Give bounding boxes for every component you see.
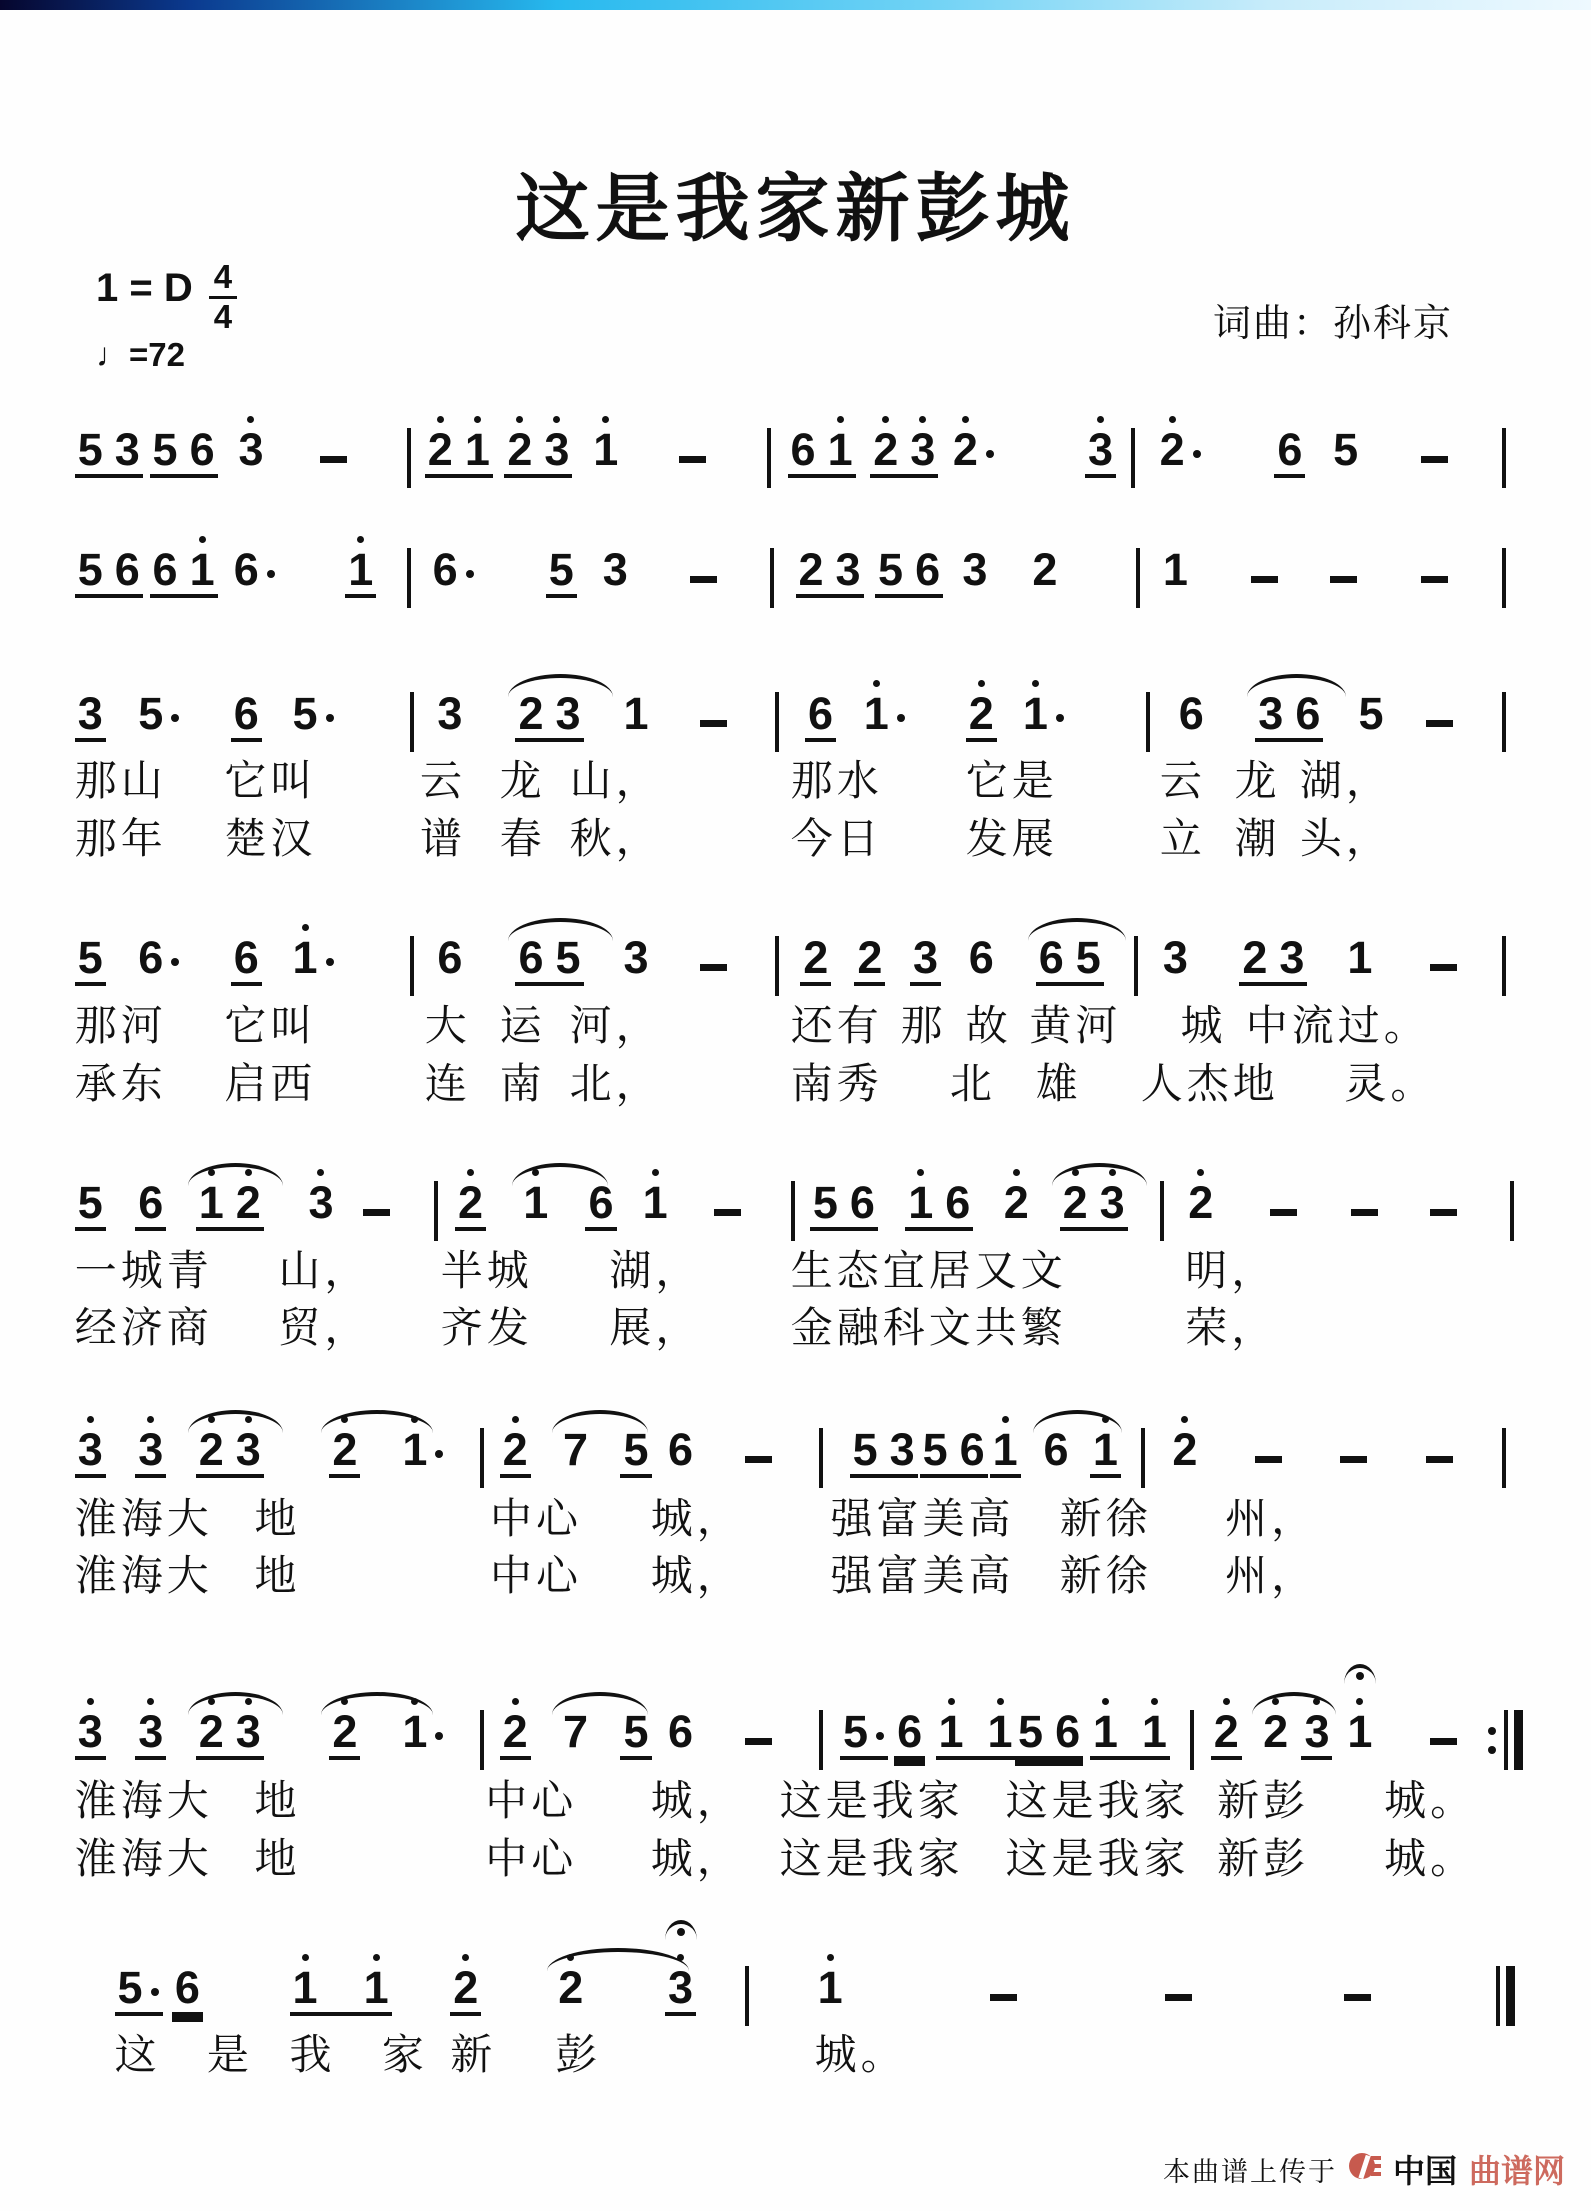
- note-digits: 5: [135, 668, 183, 738]
- note-digit: 2: [803, 937, 828, 978]
- note-digit: 6: [1179, 693, 1204, 734]
- lyric-syllable: 经济商: [75, 1295, 213, 1355]
- note-token: 2: [455, 1157, 486, 1231]
- music-line: 5356321231612323265: [0, 384, 1591, 496]
- note-digits: 23: [504, 404, 572, 478]
- qupu-logo-icon: [1349, 2153, 1381, 2185]
- augmentation-dot: [1056, 714, 1064, 722]
- note-token: 6: [231, 524, 279, 594]
- note-token: 23: [1060, 1157, 1128, 1231]
- note-digits: 56: [1015, 1686, 1083, 1760]
- lyric-syllable: 这: [115, 2022, 161, 2082]
- dash-rest: [1421, 456, 1448, 463]
- octave-dot: [516, 416, 523, 423]
- note-digit: 5: [138, 693, 163, 734]
- note-digit: 6: [518, 937, 543, 978]
- lyric-syllable: 头，: [1300, 806, 1392, 866]
- note-digit-cell: 5: [623, 1686, 648, 1752]
- note-digit: 2: [199, 1711, 224, 1752]
- note-digits: 1: [399, 1404, 447, 1474]
- note-digit-cell: 2: [799, 524, 824, 590]
- note-token: 56: [75, 524, 143, 598]
- note-digit-cell: 5: [1018, 1686, 1043, 1752]
- note-digits: 2: [455, 1157, 486, 1231]
- octave-dot: [147, 1698, 154, 1705]
- note-digit-cell: 1: [1142, 1686, 1167, 1752]
- note-digit-cell: 2: [1214, 1686, 1239, 1752]
- note-digits: 3: [135, 1686, 166, 1760]
- note-digits: 2: [1169, 1404, 1200, 1474]
- note-digit-cell: 5: [78, 1157, 103, 1223]
- lyric-syllable: 云: [420, 748, 466, 808]
- note-digit: 3: [78, 1429, 103, 1470]
- lyric-syllable: 人杰地: [1141, 1051, 1279, 1111]
- note-digit-cell: 6: [969, 912, 994, 978]
- note-token: 6: [135, 1157, 166, 1231]
- note-token: 5: [840, 1686, 888, 1760]
- time-numerator: 4: [209, 260, 237, 299]
- note-digit-cell: 6: [808, 668, 833, 734]
- note-digit: 1: [348, 549, 373, 590]
- note-token: 1: [815, 1942, 846, 2012]
- octave-dot: [1072, 1169, 1079, 1176]
- note-token: 61: [150, 524, 218, 598]
- octave-dot: [512, 1416, 519, 1423]
- note-digits: 1: [815, 1942, 846, 2012]
- barline: [1502, 936, 1506, 996]
- note-token: 2: [1157, 404, 1205, 474]
- note-digits: 3: [434, 668, 465, 738]
- lyric-row: 承东启西连南北，南秀北雄人杰地灵。: [0, 1051, 1591, 1109]
- lyric-syllable: 贸，: [278, 1295, 370, 1355]
- octave-dot: [602, 416, 609, 423]
- octave-dot: [317, 1169, 324, 1176]
- barline: [1134, 936, 1138, 996]
- note-digit-cell: 3: [78, 1686, 103, 1752]
- note-token: 1: [1344, 1686, 1375, 1756]
- barline: [410, 692, 414, 752]
- lyric-syllable: 城。: [815, 2022, 907, 2082]
- note-digit-cell: 5: [549, 524, 574, 590]
- note-digit: 6: [668, 1429, 693, 1470]
- lyric-syllable: 故: [966, 993, 1012, 1053]
- lyric-syllable: 荣，: [1185, 1295, 1277, 1355]
- octave-dot: [357, 536, 364, 543]
- note-token: 3: [135, 1686, 166, 1760]
- note-digit: 1: [988, 1711, 1013, 1752]
- note-token: 53: [75, 404, 143, 478]
- note-digit: 2: [873, 429, 898, 470]
- note-digit: 2: [453, 1967, 478, 2008]
- lyric-syllable: 州，: [1225, 1543, 1317, 1603]
- note-digit: 2: [1004, 1182, 1029, 1223]
- note-digit: 3: [78, 693, 103, 734]
- note-digit: 5: [1333, 429, 1358, 470]
- note-token: 3: [75, 1686, 106, 1760]
- note-token: 56: [875, 524, 943, 598]
- note-token: 1: [640, 1157, 671, 1227]
- note-token: 1: [290, 912, 338, 982]
- note-token: 3: [235, 404, 266, 474]
- note-digit: 5: [153, 429, 178, 470]
- dash-rest: [1430, 1209, 1457, 1216]
- note-digit: 2: [1263, 1711, 1288, 1752]
- lyric-row: 淮海大地中心城，强富美高新徐州，: [0, 1543, 1591, 1601]
- note-digit: 5: [556, 937, 581, 978]
- note-token: 3: [434, 668, 465, 738]
- note-digits: 3: [305, 1157, 336, 1227]
- augmentation-dot: [326, 714, 334, 722]
- lyric-syllable: 楚汉: [224, 806, 316, 866]
- note-digit-cell: 3: [1304, 1686, 1329, 1752]
- note-digit-cell: 2: [518, 668, 543, 734]
- brand-name-black: 中国: [1393, 2146, 1457, 2192]
- note-digit: 3: [308, 1182, 333, 1223]
- octave-dot: [147, 1416, 154, 1423]
- note-digit-cell: 6: [234, 524, 259, 590]
- octave-dot: [1181, 1416, 1188, 1423]
- lyric-syllable: 潮: [1235, 806, 1281, 866]
- lyric-syllable: 半城: [441, 1238, 533, 1298]
- note-token: 2: [450, 1942, 481, 2016]
- note-digits: 2: [329, 1404, 360, 1478]
- note-token: 6: [1274, 404, 1305, 478]
- lyric-syllable: 它叫: [224, 748, 316, 808]
- note-digits: 3: [1160, 912, 1191, 982]
- note-digits: 1: [399, 1686, 447, 1756]
- sheet-music-page: 这是我家新彭城 1 = D 4 4 ♩=72 词曲：孙科京 5356321231…: [0, 0, 1591, 2211]
- dash-rest: [1340, 1456, 1367, 1463]
- dash-rest: [1430, 1738, 1457, 1745]
- note-digit: 1: [1142, 1711, 1167, 1752]
- note-digit-cell: 2: [857, 912, 882, 978]
- note-digit: 3: [668, 1967, 693, 2008]
- note-digit-cell: 5: [843, 1686, 868, 1752]
- note-token: 2: [1211, 1686, 1242, 1760]
- note-digits: 23: [1060, 1157, 1128, 1231]
- note-digit-cell: 3: [236, 1686, 261, 1752]
- augmentation-dot: [435, 1450, 443, 1458]
- lyric-syllable: 中心: [490, 1543, 582, 1603]
- note-digit-cell: 1: [1347, 912, 1372, 978]
- note-token: 6: [231, 912, 262, 986]
- note-digit: 2: [799, 549, 824, 590]
- note-token: 65: [515, 912, 583, 986]
- note-digits: 5: [115, 1942, 163, 2016]
- note-digit-cell: 5: [878, 524, 903, 590]
- note-digits: 6: [135, 1157, 166, 1231]
- note-token: 1: [1090, 1404, 1121, 1478]
- note-digit: 3: [913, 937, 938, 978]
- note-digit: 2: [428, 429, 453, 470]
- lyric-syllable: 启西: [224, 1051, 316, 1111]
- note-token: 1: [620, 668, 651, 738]
- dash-rest: [1344, 1994, 1371, 2001]
- note-digit-cell: 3: [668, 1942, 693, 2008]
- octave-dot: [1013, 1169, 1020, 1176]
- lyric-syllable: 明，: [1185, 1238, 1277, 1298]
- note-digits: 1: [620, 668, 651, 738]
- note-digit-cell: 6: [433, 524, 458, 590]
- note-token: 6: [1176, 668, 1207, 738]
- note-digit-cell: 2: [507, 404, 532, 470]
- note-digit-cell: 1: [1023, 668, 1048, 734]
- octave-dot: [553, 416, 560, 423]
- note-digit-cell: 5: [1359, 668, 1384, 734]
- augmentation-dot: [151, 1988, 159, 1996]
- note-digit: 6: [1055, 1711, 1080, 1752]
- barline: [770, 548, 774, 608]
- note-digit: 5: [853, 1429, 878, 1470]
- note-digit-cell: 2: [1160, 404, 1185, 470]
- note-digit-cell: 3: [1279, 912, 1304, 978]
- note-digit: 1: [1093, 1711, 1118, 1752]
- note-digits: 36: [1255, 668, 1323, 742]
- note-digit-cell: 3: [138, 1686, 163, 1752]
- note-digit: 6: [1044, 1429, 1069, 1470]
- note-digits: 11: [290, 1942, 392, 2016]
- barline: [775, 936, 779, 996]
- note-digit-cell: 6: [138, 912, 163, 978]
- augmentation-dot: [1193, 450, 1201, 458]
- lyric-syllable: 齐发: [441, 1295, 533, 1355]
- note-digit: 2: [1214, 1711, 1239, 1752]
- note-digits: 2: [500, 1404, 531, 1478]
- note-digit-cell: 3: [1258, 668, 1283, 734]
- music-line: 3323212756561156112231: [0, 1666, 1591, 1778]
- note-digits: 23: [196, 1404, 264, 1478]
- note-digit-cell: 1: [465, 404, 490, 470]
- note-digits: 7: [560, 1404, 591, 1474]
- note-digit-cell: 2: [873, 404, 898, 470]
- note-digit-cell: 1: [348, 524, 373, 590]
- lyric-syllable: 淮海大: [75, 1486, 213, 1546]
- note-digit: 1: [643, 1182, 668, 1223]
- lyric-syllable: 中心: [485, 1826, 577, 1886]
- note-digit: 6: [668, 1711, 693, 1752]
- note-digit: 1: [864, 693, 889, 734]
- note-token: 56: [1015, 1686, 1083, 1760]
- lyric-syllable: 那河: [75, 993, 167, 1053]
- note-digits: 3: [75, 668, 106, 742]
- note-digit-cell: 1: [199, 1157, 224, 1223]
- dash-rest: [745, 1738, 772, 1745]
- note-digits: 53: [75, 404, 143, 478]
- octave-dot: [1197, 1169, 1204, 1176]
- lyric-row: 淮海大地中心城，这是我家这是我家新彭城。: [0, 1826, 1591, 1884]
- note-digits: 5: [75, 912, 106, 986]
- barline: [407, 548, 411, 608]
- note-digit-cell: 1: [993, 1404, 1018, 1470]
- dash-rest: [745, 1456, 772, 1463]
- note-digit: 6: [190, 429, 215, 470]
- note-digits: 2: [500, 1686, 531, 1760]
- note-digits: 1: [590, 404, 621, 474]
- note-digit-cell: 5: [556, 912, 581, 978]
- barline-thin: [1496, 1966, 1500, 2026]
- note-digits: 6: [231, 524, 279, 594]
- composer-credit: 词曲：孙科京: [1213, 292, 1453, 347]
- note-token: 56: [150, 404, 218, 478]
- note-digit-cell: 6: [1277, 404, 1302, 470]
- note-token: 3: [910, 912, 941, 986]
- note-digit-cell: 1: [190, 524, 215, 590]
- lyric-syllable: 城。: [1384, 1768, 1476, 1828]
- note-digit: 2: [332, 1711, 357, 1752]
- note-digits: 61: [788, 404, 856, 478]
- note-digit: 5: [293, 693, 318, 734]
- note-digit-cell: 6: [588, 1157, 613, 1223]
- octave-dot: [1313, 1698, 1320, 1705]
- note-digit: 3: [890, 1429, 915, 1470]
- note-digit-cell: 6: [850, 1157, 875, 1223]
- note-digit-cell: 6: [1295, 668, 1320, 734]
- note-token: 2: [1029, 524, 1060, 594]
- note-digits: 2: [1001, 1157, 1032, 1227]
- note-digit-cell: 1: [1347, 1686, 1372, 1752]
- lyric-syllable: 城，: [651, 1486, 743, 1546]
- lyric-syllable: 地: [255, 1543, 301, 1603]
- note-digit: 1: [1093, 1429, 1118, 1470]
- octave-dot: [873, 680, 880, 687]
- note-digit: 3: [836, 549, 861, 590]
- note-token: 1: [1344, 912, 1375, 982]
- note-token: 3: [620, 912, 651, 982]
- note-digit: 5: [923, 1429, 948, 1470]
- lyric-row: 淮海大地中心城，这是我家这是我家新彭城。: [0, 1768, 1591, 1826]
- octave-dot: [87, 1416, 94, 1423]
- note-digit: 3: [544, 429, 569, 470]
- note-digit-cell: 5: [153, 404, 178, 470]
- note-token: 23: [1239, 912, 1307, 986]
- repeat-dots: [1488, 1727, 1496, 1754]
- note-digit-cell: 6: [234, 912, 259, 978]
- note-digit-cell: 1: [1163, 524, 1188, 590]
- lyric-syllable: 龙: [500, 748, 546, 808]
- music-line: 3565323161216365: [0, 648, 1591, 760]
- note-token: 6: [135, 912, 183, 982]
- lyric-syllable: 地: [255, 1826, 301, 1886]
- note-digits: 6: [1274, 404, 1305, 478]
- lyric-syllable: 龙: [1235, 748, 1281, 808]
- note-token: 5: [75, 1157, 106, 1231]
- note-digits: 5: [1330, 404, 1361, 474]
- barline: [819, 1710, 823, 1770]
- note-token: 6: [665, 1686, 696, 1756]
- octave-dot: [677, 1954, 684, 1961]
- note-digit-cell: 1: [523, 1157, 548, 1223]
- note-digits: 5: [620, 1686, 651, 1760]
- music-line: 5661616532356321: [0, 504, 1591, 616]
- octave-dot: [462, 1954, 469, 1961]
- note-digits: 2: [555, 1942, 586, 2012]
- note-token: 3: [1301, 1686, 1332, 1760]
- note-digits: 1: [640, 1157, 671, 1227]
- octave-dot: [474, 416, 481, 423]
- dash-rest: [1421, 576, 1448, 583]
- note-digit: 2: [1160, 429, 1185, 470]
- note-digit-cell: 5: [78, 524, 103, 590]
- note-token: 6: [172, 1942, 203, 2016]
- note-digit: 6: [1039, 937, 1064, 978]
- note-digit-cell: 6: [1044, 1404, 1069, 1470]
- dash-rest: [990, 1994, 1017, 2001]
- lyric-syllable: 我: [290, 2022, 336, 2082]
- augmentation-dot: [267, 570, 275, 578]
- note-token: 1: [590, 404, 621, 474]
- note-digits: 56: [920, 1404, 988, 1478]
- tempo-marking: ♩=72: [96, 336, 185, 374]
- note-digit: 3: [138, 1711, 163, 1752]
- note-digit-cell: 3: [962, 524, 987, 590]
- lyric-syllable: 一城青: [75, 1238, 213, 1298]
- note-digit: 2: [1188, 1182, 1213, 1223]
- lyric-syllable: 中心: [490, 1486, 582, 1546]
- note-digit: 6: [437, 937, 462, 978]
- lyric-syllable: 山，: [570, 748, 662, 808]
- octave-dot: [302, 924, 309, 931]
- lyric-syllable: 山，: [278, 1238, 370, 1298]
- note-digit: 2: [503, 1711, 528, 1752]
- note-digit: 3: [138, 1429, 163, 1470]
- note-token: 1: [399, 1404, 447, 1474]
- note-digits: 3: [1085, 404, 1116, 478]
- note-digit-cell: 2: [458, 1157, 483, 1223]
- note-digit: 3: [910, 429, 935, 470]
- note-token: 3: [1085, 404, 1116, 478]
- note-digit: 2: [1242, 937, 1267, 978]
- note-digits: 2: [329, 1686, 360, 1760]
- note-token: 5: [620, 1404, 651, 1478]
- note-digit: 2: [199, 1429, 224, 1470]
- note-digit-cell: 6: [115, 524, 140, 590]
- note-token: 6: [585, 1157, 616, 1231]
- barline: [745, 1966, 749, 2026]
- note-digits: 61: [150, 524, 218, 598]
- lyric-row: 那年楚汉谱春秋，今日发展立潮头，: [0, 806, 1591, 864]
- note-digits: 23: [870, 404, 938, 478]
- lyric-syllable: 灵。: [1344, 1051, 1436, 1111]
- note-digits: 21: [425, 404, 493, 478]
- lyric-row: 那河它叫大运河，还有那故黄河城中流过。: [0, 993, 1591, 1051]
- barline: [410, 936, 414, 996]
- note-token: 1: [345, 524, 376, 598]
- note-digit-cell: 2: [503, 1404, 528, 1470]
- lyric-syllable: 城，: [651, 1826, 743, 1886]
- octave-dot: [532, 1169, 539, 1176]
- note-token: 5: [620, 1686, 651, 1760]
- note-digit-cell: 1: [828, 404, 853, 470]
- octave-dot: [87, 1698, 94, 1705]
- note-digit: 6: [897, 1711, 922, 1752]
- note-digit-cell: 2: [803, 912, 828, 978]
- note-digit: 6: [808, 693, 833, 734]
- lyric-syllable: 淮海大: [75, 1768, 213, 1828]
- barline: [1502, 1428, 1506, 1488]
- lyric-syllable: 它是: [966, 748, 1058, 808]
- note-token: 6: [1041, 1404, 1072, 1474]
- note-digit: 7: [563, 1429, 588, 1470]
- augmentation-dot: [326, 958, 334, 966]
- octave-dot: [208, 1169, 215, 1176]
- note-digit-cell: 1: [1093, 1404, 1118, 1470]
- note-token: 1: [399, 1686, 447, 1756]
- lyric-syllable: 南: [500, 1051, 546, 1111]
- note-digit-cell: 3: [913, 912, 938, 978]
- octave-dot: [467, 1169, 474, 1176]
- note-digit-cell: 5: [78, 912, 103, 978]
- octave-dot: [1002, 1416, 1009, 1423]
